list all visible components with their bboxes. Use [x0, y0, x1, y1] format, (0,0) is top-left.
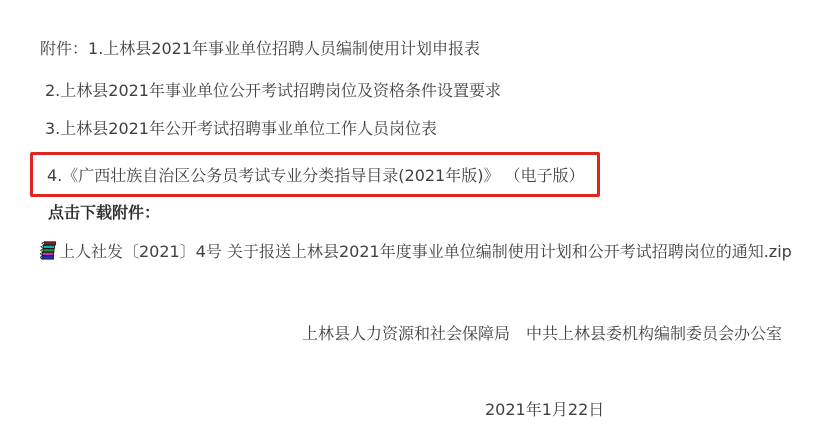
attachment-item-3: 3.上林县2021年公开考试招聘事业单位工作人员岗位表: [45, 119, 437, 138]
document-page: 附件：1.上林县2021年事业单位招聘人员编制使用计划申报表 2.上林县2021…: [0, 0, 820, 432]
issuing-organizations: 上林县人力资源和社会保障局 中共上林县委机构编制委员会办公室: [302, 324, 782, 343]
red-highlight-box: 4.《广西壮族自治区公务员考试专业分类指导目录(2021年版)》 （电子版）: [30, 152, 600, 197]
issue-date: 2021年1月22日: [485, 400, 604, 419]
attachments-label: 附件：: [40, 39, 88, 58]
attachment-line-1: 附件：1.上林县2021年事业单位招聘人员编制使用计划申报表: [40, 39, 480, 58]
attachment-download-link[interactable]: 上人社发〔2021〕4号 关于报送上林县2021年度事业单位编制使用计划和公开考…: [40, 241, 792, 262]
attachment-item-1: 1.上林县2021年事业单位招聘人员编制使用计划申报表: [88, 39, 480, 58]
file-name: 上人社发〔2021〕4号 关于报送上林县2021年度事业单位编制使用计划和公开考…: [59, 242, 792, 261]
download-section-heading: 点击下载附件：: [48, 203, 160, 222]
attachment-item-2: 2.上林县2021年事业单位公开考试招聘岗位及资格条件设置要求: [45, 81, 501, 100]
books-icon: [40, 241, 57, 262]
attachment-item-4: 4.《广西壮族自治区公务员考试专业分类指导目录(2021年版)》 （电子版）: [47, 166, 585, 185]
